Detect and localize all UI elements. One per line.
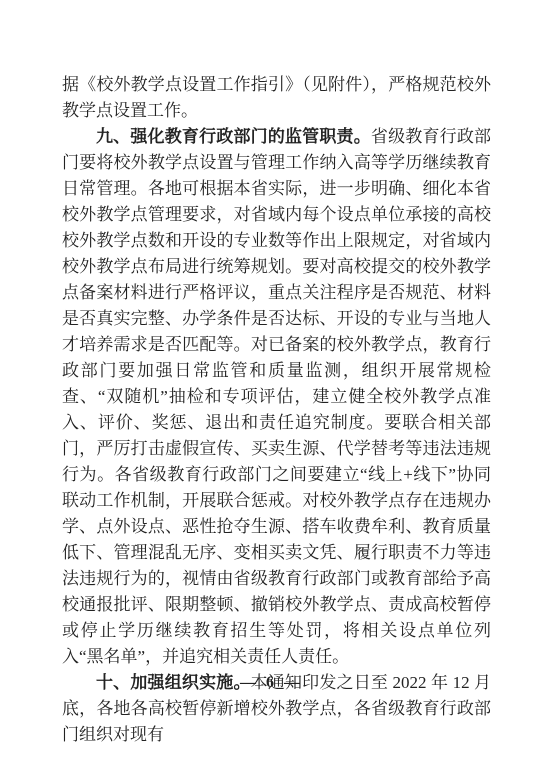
paragraph-text: 省级教育行政部门要将校外教学点设置与管理工作纳入高等学历继续教育日常管理。各地可… (62, 127, 491, 666)
document-body: 据《校外教学点设置工作指引》（见附件），严格规范校外教学点设置工作。 九、强化教… (62, 72, 491, 748)
paragraph-section-9: 九、强化教育行政部门的监管职责。省级教育行政部门要将校外教学点设置与管理工作纳入… (62, 124, 491, 670)
section-9-heading: 九、强化教育行政部门的监管职责。 (96, 127, 371, 146)
paragraph-continuation: 据《校外教学点设置工作指引》（见附件），严格规范校外教学点设置工作。 (62, 72, 491, 124)
paragraph-text: 据《校外教学点设置工作指引》（见附件），严格规范校外教学点设置工作。 (62, 75, 491, 120)
page-number: — 6 — (0, 674, 543, 692)
document-page: 据《校外教学点设置工作指引》（见附件），严格规范校外教学点设置工作。 九、强化教… (0, 0, 543, 768)
